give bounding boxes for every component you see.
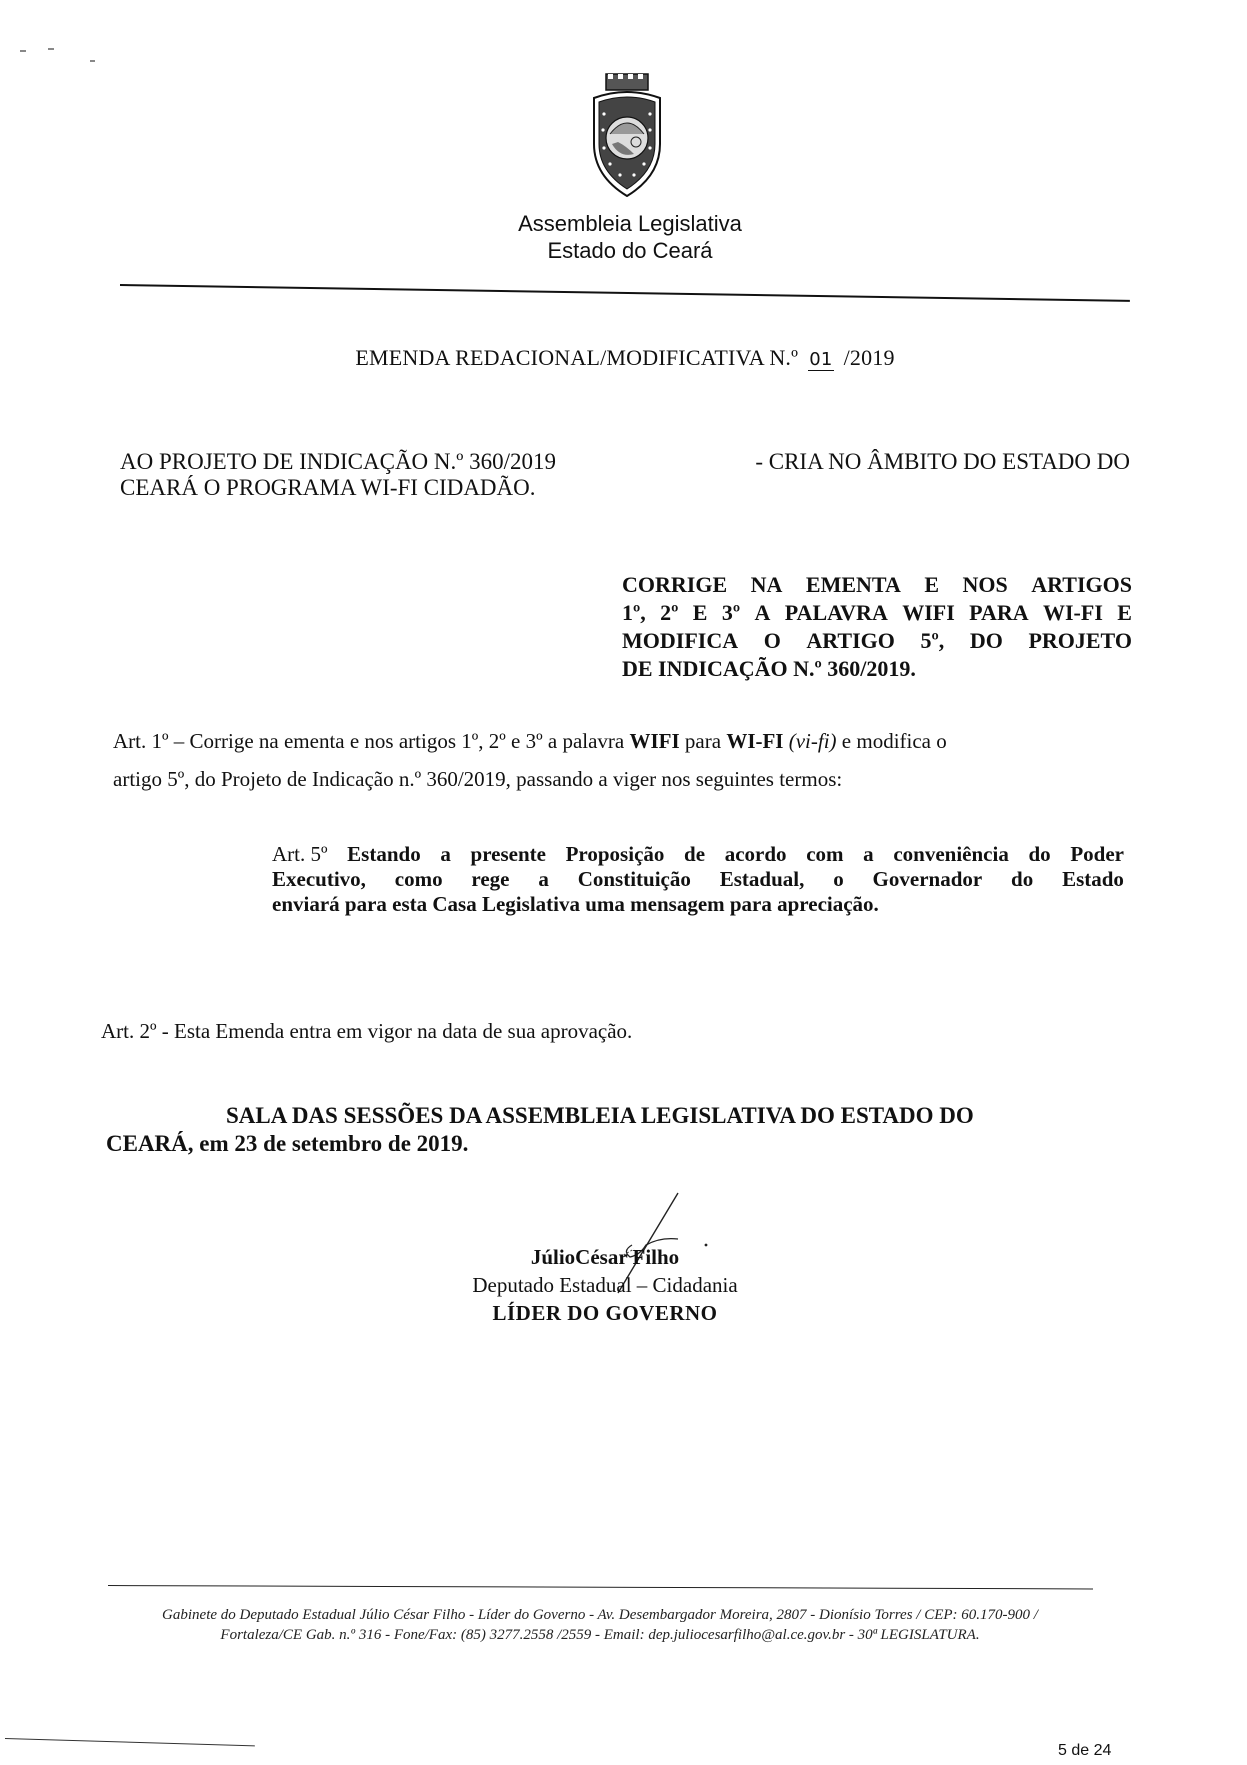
summary-line: 1º,2ºE3ºAPALAVRAWIFIPARAWI-FIE	[622, 599, 1132, 627]
amendment-title-prefix: EMENDA REDACIONAL/MODIFICATIVA N.º	[355, 345, 798, 370]
article-5-label: Art. 5º	[272, 842, 328, 867]
page-current: 5	[1058, 1742, 1067, 1759]
page-bottom-rule	[5, 1738, 255, 1746]
article-1-term-new: WI-FI	[726, 729, 783, 753]
article-1-label: Art. 1º	[113, 729, 169, 753]
summary-line: DE INDICAÇÃO N.º 360/2019.	[622, 655, 1132, 683]
project-reference-left: AO PROJETO DE INDICAÇÃO N.º 360/2019	[120, 449, 556, 475]
project-reference-line2: CEARÁ O PROGRAMA WI-FI CIDADÃO.	[120, 475, 1130, 501]
session-closing: SALA DAS SESSÕES DA ASSEMBLEIA LEGISLATI…	[106, 1102, 1046, 1158]
article-2: Art. 2º - Esta Emenda entra em vigor na …	[101, 1012, 1001, 1050]
page-counter: 5 de 24	[1058, 1742, 1111, 1760]
signer-position: Deputado Estadual – Cidadania	[430, 1271, 780, 1299]
article-1-text: para	[680, 729, 727, 753]
closing-line1: SALA DAS SESSÕES DA ASSEMBLEIA LEGISLATI…	[106, 1102, 1046, 1130]
footer-divider	[108, 1585, 1093, 1589]
header-divider	[120, 284, 1130, 302]
signer-name: JúlioCésar Filho	[430, 1243, 780, 1271]
amendment-title-suffix: /2019	[844, 345, 895, 370]
office-contact-footer: Gabinete do Deputado Estadual Júlio Césa…	[100, 1605, 1100, 1645]
footer-line1: Gabinete do Deputado Estadual Júlio Césa…	[100, 1605, 1100, 1625]
article-1: Art. 1º – Corrige na ementa e nos artigo…	[113, 722, 1128, 798]
scan-artifacts	[20, 48, 120, 68]
closing-line2: CEARÁ, em 23 de setembro de 2019.	[106, 1130, 1046, 1158]
article-1-term-old: WIFI	[629, 729, 679, 753]
ceara-coat-of-arms-icon	[590, 72, 664, 197]
page-total: 24	[1094, 1742, 1112, 1759]
org-line-assembly: Assembleia Legislativa	[380, 210, 880, 237]
amendment-title: EMENDA REDACIONAL/MODIFICATIVA N.º 01 /2…	[120, 345, 1130, 371]
amendment-summary: CORRIGENAEMENTAENOSARTIGOS 1º,2ºE3ºAPALA…	[622, 571, 1132, 683]
amendment-number: 01	[808, 349, 834, 371]
article-5-line: enviará para esta Casa Legislativa uma m…	[272, 892, 1124, 917]
article-5-quoted-text: Art. 5º EstandoapresenteProposiçãodeacor…	[272, 842, 1124, 917]
project-reference: AO PROJETO DE INDICAÇÃO N.º 360/2019 - C…	[120, 449, 1130, 501]
article-1-line1: Art. 1º – Corrige na ementa e nos artigo…	[113, 722, 1128, 760]
summary-line: CORRIGENAEMENTAENOSARTIGOS	[622, 571, 1132, 599]
article-1-text: – Corrige na ementa e nos artigos 1º, 2º…	[169, 729, 630, 753]
signer-block: JúlioCésar Filho Deputado Estadual – Cid…	[430, 1243, 780, 1327]
footer-line2: Fortaleza/CE Gab. n.º 316 - Fone/Fax: (8…	[100, 1625, 1100, 1645]
org-line-state: Estado do Ceará	[380, 237, 880, 264]
summary-line: MODIFICAOARTIGO5º,DOPROJETO	[622, 627, 1132, 655]
project-reference-right: - CRIA NO ÂMBITO DO ESTADO DO	[755, 449, 1130, 475]
article-1-pronunciation: (vi-fi)	[789, 729, 837, 753]
article-1-line2: artigo 5º, do Projeto de Indicação n.º 3…	[113, 760, 1128, 798]
signer-role: LÍDER DO GOVERNO	[430, 1299, 780, 1327]
article-2-label: Art. 2º	[101, 1019, 157, 1043]
article-1-text: e modifica o	[837, 729, 947, 753]
article-2-text: - Esta Emenda entra em vigor na data de …	[157, 1019, 633, 1043]
organization-name: Assembleia Legislativa Estado do Ceará	[380, 210, 880, 264]
article-5-line: Executivo,comoregeaConstituiçãoEstadual,…	[272, 867, 1124, 892]
page-separator: de	[1071, 1742, 1089, 1759]
